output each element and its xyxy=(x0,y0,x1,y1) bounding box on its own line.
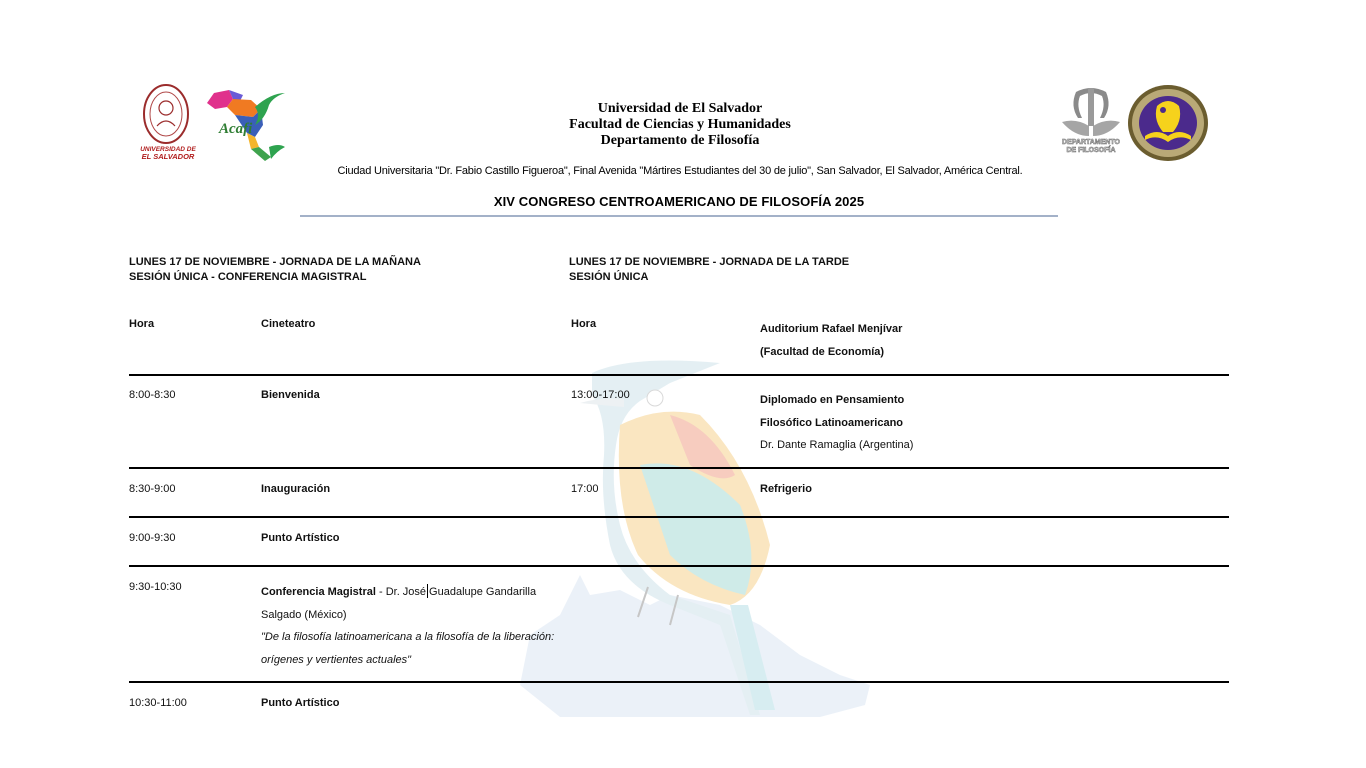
table-row-time: 8:00-8:30 xyxy=(129,389,175,401)
table-row-time: 10:30-11:00 xyxy=(129,697,187,709)
table-row-time: 9:00-9:30 xyxy=(129,532,175,544)
diplomado-line-2: Filosófico Latinoamericano xyxy=(760,412,913,435)
row-divider xyxy=(129,681,1229,683)
table-row-event: Punto Artístico xyxy=(261,532,339,544)
morning-col-venue: Cineteatro xyxy=(261,318,315,330)
department-name: Departamento de Filosofía xyxy=(430,133,930,149)
afternoon-col-venue: Auditorium Rafael Menjívar (Facultad de … xyxy=(760,318,902,364)
header-divider xyxy=(300,215,1058,217)
afternoon-venue-line-1: Auditorium Rafael Menjívar xyxy=(760,318,902,341)
departamento-filosofia-logo: DEPARTAMENTO DE FILOSOFÍA xyxy=(1056,84,1126,158)
table-row-time: 8:30-9:00 xyxy=(129,483,175,495)
text-cursor xyxy=(427,584,428,598)
diplomado-line-1: Diplomado en Pensamiento xyxy=(760,389,913,412)
congress-title: XIV CONGRESO CENTROAMERICANO DE FILOSOFÍ… xyxy=(300,194,1058,209)
address: Ciudad Universitaria "Dr. Fabio Castillo… xyxy=(280,165,1080,177)
row-divider xyxy=(129,467,1229,469)
diplomado-speaker: Dr. Dante Ramaglia (Argentina) xyxy=(760,434,913,457)
table-row-time: 17:00 xyxy=(571,483,599,495)
afternoon-venue-line-2: (Facultad de Economía) xyxy=(760,341,902,364)
morning-title-line-1: LUNES 17 DE NOVIEMBRE - JORNADA DE LA MA… xyxy=(129,255,421,270)
table-row-event: Punto Artístico xyxy=(261,697,339,709)
acafi-label: Acafi xyxy=(218,121,253,137)
afternoon-title-line-2: SESIÓN ÚNICA xyxy=(569,270,849,285)
conference-title-line-2: orígenes y vertientes actuales" xyxy=(261,649,554,672)
afternoon-title-line-1: LUNES 17 DE NOVIEMBRE - JORNADA DE LA TA… xyxy=(569,255,849,270)
conference-label: Conferencia Magistral xyxy=(261,586,376,598)
afternoon-col-time: Hora xyxy=(571,318,596,330)
morning-section-title: LUNES 17 DE NOVIEMBRE - JORNADA DE LA MA… xyxy=(129,255,421,285)
facultad-owl-seal-logo xyxy=(1127,84,1211,162)
conference-speaker-part-2: Guadalupe Gandarilla xyxy=(429,586,536,598)
conference-speaker-line-2: Salgado (México) xyxy=(261,604,554,627)
faculty-name: Facultad de Ciencias y Humanidades xyxy=(430,117,930,133)
ues-caption-2: EL SALVADOR xyxy=(142,152,195,161)
table-row-event: Bienvenida xyxy=(261,389,320,401)
depto-caption-1: DEPARTAMENTO xyxy=(1062,139,1121,146)
table-row-event[interactable]: Conferencia Magistral - Dr. JoséGuadalup… xyxy=(261,581,554,671)
table-row-time: 13:00-17:00 xyxy=(571,389,630,401)
conference-title-line-1: "De la filosofía latinoamericana a la fi… xyxy=(261,626,554,649)
table-row-event: Inauguración xyxy=(261,483,330,495)
conference-speaker-part-1: - Dr. José xyxy=(376,586,426,598)
institution-header: Universidad de El Salvador Facultad de C… xyxy=(430,101,930,149)
university-name: Universidad de El Salvador xyxy=(430,101,930,117)
table-row-time: 9:30-10:30 xyxy=(129,581,182,593)
depto-caption-2: DE FILOSOFÍA xyxy=(1067,145,1116,154)
ues-seal-logo: UNIVERSIDAD DE EL SALVADOR xyxy=(137,84,199,164)
row-divider xyxy=(129,565,1229,567)
acafi-map-hummingbird-logo: Acafi xyxy=(199,85,289,167)
morning-col-time: Hora xyxy=(129,318,154,330)
row-divider xyxy=(129,516,1229,518)
row-divider xyxy=(129,374,1229,376)
afternoon-section-title: LUNES 17 DE NOVIEMBRE - JORNADA DE LA TA… xyxy=(569,255,849,285)
morning-title-line-2: SESIÓN ÚNICA - CONFERENCIA MAGISTRAL xyxy=(129,270,421,285)
table-row-event: Refrigerio xyxy=(760,483,812,495)
table-row-event: Diplomado en Pensamiento Filosófico Lati… xyxy=(760,389,913,457)
